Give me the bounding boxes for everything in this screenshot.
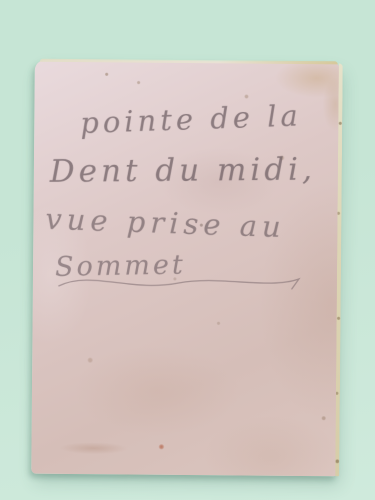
backdrop-surface: pointe de la Dent du midi, vue prise au … (0, 0, 375, 500)
handwriting-line-3: vue prise au (45, 202, 286, 244)
photo-card-back: pointe de la Dent du midi, vue prise au … (31, 60, 341, 477)
handwriting-line-2: Dent du midi, (50, 151, 316, 189)
pencil-inscription: pointe de la Dent du midi, vue prise au … (31, 60, 341, 477)
signature-flourish-stroke (57, 262, 309, 300)
handwriting-line-1: pointe de la (80, 98, 303, 140)
